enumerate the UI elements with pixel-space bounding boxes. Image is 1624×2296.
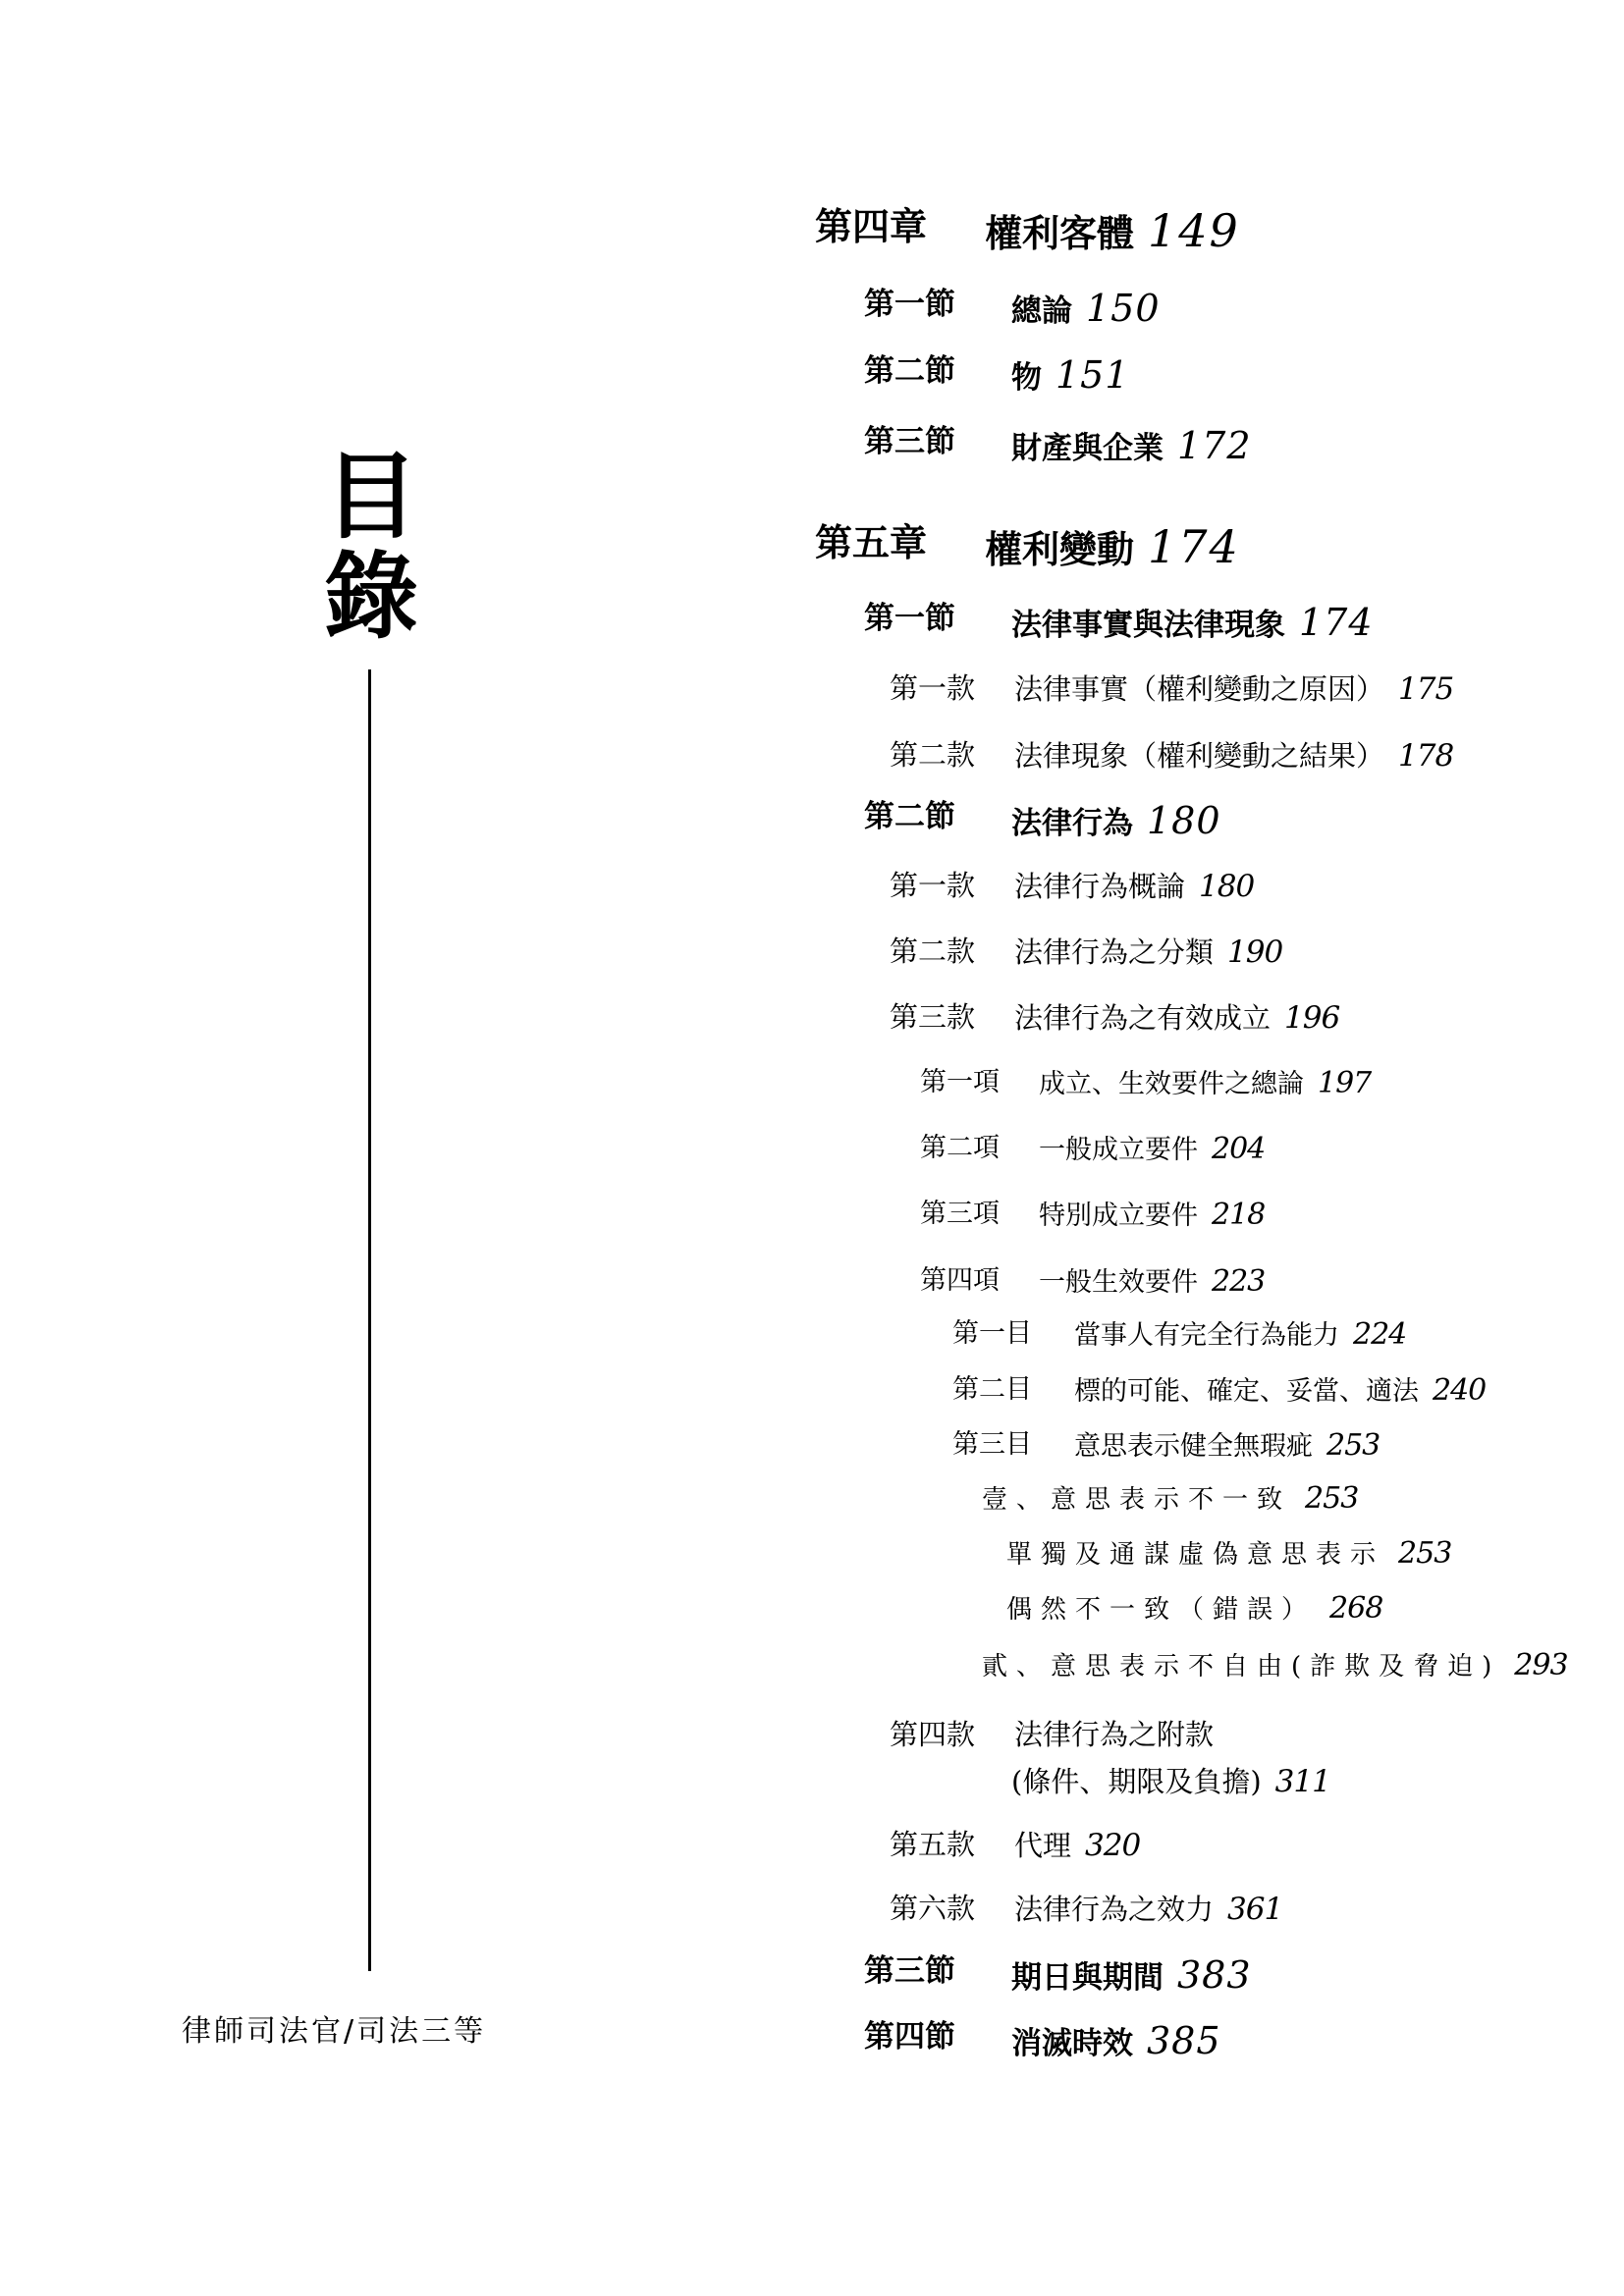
toc-entry-page-number: 180 — [1147, 799, 1221, 842]
toc-entry-page-number: 204 — [1212, 1132, 1265, 1166]
toc-entry-title: 法律行為 — [1011, 806, 1133, 841]
toc-entry-label: 成立、生效要件之總論197 — [1039, 1069, 1371, 1098]
toc-entry-label: 權利客體149 — [985, 208, 1240, 253]
toc-entry-title: 法律現象（權利變動之結果） — [1014, 739, 1384, 773]
toc-entry-number: 第二節 — [864, 356, 955, 387]
toc-entry-title: 權利變動 — [985, 528, 1134, 571]
toc-entry-label: 法律事實與法律現象174 — [1011, 604, 1374, 641]
toc-entry-label: 意思表示健全無瑕疵253 — [1074, 1431, 1380, 1461]
toc-entry-title: 特別成立要件 — [1039, 1201, 1198, 1231]
vertical-rule — [368, 669, 371, 1971]
toc-entry-page-number: 180 — [1199, 869, 1254, 904]
toc-entry-number: 第三款 — [890, 1003, 975, 1032]
toc-entry-label: 期日與期間383 — [1011, 1956, 1252, 1994]
toc-entry-page-number: 383 — [1177, 1953, 1252, 1997]
toc-entry-title: 標的可能、確定、妥當、適法 — [1074, 1376, 1419, 1407]
toc-entry-label: 權利變動174 — [985, 524, 1240, 569]
toc-entry-page-number: 253 — [1305, 1481, 1358, 1516]
toc-entry-title: 總論 — [1011, 294, 1072, 329]
toc-entry-title: 法律事實與法律現象 — [1011, 608, 1285, 643]
toc-entry-title: 當事人有完全行為能力 — [1074, 1320, 1339, 1351]
toc-entry-label: 法律事實（權利變動之原因）175 — [1014, 674, 1453, 705]
toc-entry-title: 單獨及通謀虛偽意思表示 — [1006, 1540, 1384, 1570]
book-series-footer: 律師司法官/司法三等 — [182, 2012, 486, 2052]
toc-entry-page-number: 361 — [1227, 1892, 1282, 1927]
toc-entry-number: 第四款 — [890, 1721, 975, 1749]
toc-entry-number: 第一目 — [952, 1320, 1032, 1347]
toc-entry-title: 法律行為之附款 — [1014, 1718, 1214, 1751]
toc-entry-title: (條件、期限及負擔) — [1011, 1765, 1262, 1798]
toc-entry-title: 一般成立要件 — [1039, 1135, 1198, 1165]
toc-entry-title: 成立、生效要件之總論 — [1039, 1069, 1304, 1099]
toc-entry-title: 法律事實（權利變動之原因） — [1014, 672, 1384, 706]
toc-entry-label: 法律行為概論180 — [1014, 872, 1254, 902]
toc-entry-number: 第二款 — [890, 741, 975, 770]
toc-entry-page-number: 320 — [1085, 1828, 1140, 1863]
toc-entry-number: 第四章 — [815, 208, 927, 245]
toc-entry-title: 物 — [1011, 360, 1042, 396]
toc-entry-label: 物151 — [1011, 356, 1130, 394]
toc-entry-number: 第六款 — [890, 1895, 975, 1923]
toc-entry-label: 特別成立要件218 — [1039, 1201, 1265, 1230]
toc-entry-page-number: 172 — [1177, 424, 1252, 467]
toc-entry-page-number: 150 — [1086, 287, 1161, 330]
toc-entry-page-number: 240 — [1433, 1373, 1486, 1408]
toc-entry-title: 權利客體 — [985, 212, 1134, 255]
toc-entry-label: 法律行為之效力361 — [1014, 1895, 1282, 1925]
toc-entry-number: 第二項 — [920, 1135, 1000, 1161]
toc-entry-label: 當事人有完全行為能力224 — [1074, 1320, 1406, 1350]
toc-entry-number: 第一款 — [890, 674, 975, 703]
toc-entry-number: 第四項 — [920, 1267, 1000, 1294]
toc-entry-label: 財產與企業172 — [1011, 427, 1252, 464]
toc-entry-number: 第三項 — [920, 1201, 1000, 1227]
toc-entry-page-number: 197 — [1318, 1066, 1371, 1100]
title-char-lu: 錄 — [324, 550, 418, 644]
toc-entry-title: 偶然不一致（錯誤） — [1006, 1595, 1316, 1625]
toc-entry-label: 法律行為之分類190 — [1014, 937, 1282, 968]
toc-entry-title: 法律行為之有效成立 — [1014, 1001, 1271, 1035]
toc-entry-title: 期日與期間 — [1011, 1960, 1164, 1996]
toc-entry-label: 法律行為180 — [1011, 802, 1221, 839]
toc-entry-title: 意思表示健全無瑕疵 — [1074, 1431, 1313, 1462]
toc-entry-number: 第一項 — [920, 1069, 1000, 1095]
toc-entry-page-number: 293 — [1514, 1648, 1567, 1682]
toc-entry-number: 第五章 — [815, 524, 927, 561]
toc-entry-page-number: 253 — [1326, 1428, 1380, 1463]
toc-entry-label: 標的可能、確定、妥當、適法240 — [1074, 1376, 1486, 1406]
toc-entry-label: 法律行為之有效成立196 — [1014, 1003, 1339, 1034]
toc-entry-page-number: 174 — [1299, 601, 1374, 644]
toc-entry-label: (條件、期限及負擔)311 — [1011, 1767, 1330, 1797]
toc-entry-title: 壹、意思表示不一致 — [982, 1485, 1291, 1515]
toc-entry-number: 第五款 — [890, 1831, 975, 1859]
toc-entry-label: 一般生效要件223 — [1039, 1267, 1265, 1297]
toc-entry-page-number: 223 — [1212, 1264, 1265, 1299]
toc-entry-page-number: 253 — [1398, 1536, 1451, 1571]
toc-entry-page-number: 178 — [1398, 738, 1453, 774]
toc-entry-label: 偶然不一致（錯誤）268 — [1006, 1594, 1382, 1624]
toc-entry-page-number: 196 — [1284, 1000, 1339, 1036]
toc-entry-label: 貳、意思表示不自由(詐欺及脅迫)293 — [982, 1651, 1568, 1681]
toc-entry-title: 一般生效要件 — [1039, 1267, 1198, 1298]
toc-entry-number: 第一款 — [890, 872, 975, 900]
toc-entry-label: 代理320 — [1014, 1831, 1140, 1861]
toc-entry-number: 第三節 — [864, 1956, 955, 1987]
toc-entry-page-number: 175 — [1398, 671, 1453, 707]
toc-entry-number: 第一節 — [864, 604, 955, 634]
toc-entry-page-number: 151 — [1056, 353, 1130, 397]
toc-entry-title: 法律行為之效力 — [1014, 1893, 1214, 1926]
toc-entry-title: 法律行為之分類 — [1014, 935, 1214, 969]
toc-entry-page-number: 174 — [1148, 520, 1240, 573]
toc-entry-number: 第二款 — [890, 937, 975, 966]
toc-entry-page-number: 224 — [1353, 1317, 1406, 1352]
toc-entry-page-number: 385 — [1147, 2019, 1221, 2062]
toc-entry-label: 法律行為之附款 — [1014, 1721, 1214, 1749]
toc-entry-page-number: 149 — [1148, 204, 1240, 257]
toc-entry-title: 法律行為概論 — [1014, 870, 1185, 903]
toc-entry-number: 第二目 — [952, 1376, 1032, 1403]
toc-entry-page-number: 190 — [1227, 934, 1282, 970]
toc-entry-label: 消滅時效385 — [1011, 2022, 1221, 2059]
toc-entry-title: 財產與企業 — [1011, 431, 1164, 466]
title-char-mu: 目 — [324, 450, 418, 544]
toc-entry-label: 單獨及通謀虛偽意思表示253 — [1006, 1539, 1451, 1569]
toc-entry-label: 法律現象（權利變動之結果）178 — [1014, 741, 1453, 772]
toc-entry-label: 總論150 — [1011, 290, 1161, 327]
toc-entry-number: 第一節 — [864, 290, 955, 320]
toc-entry-page-number: 311 — [1275, 1764, 1330, 1799]
toc-entry-number: 第二節 — [864, 802, 955, 832]
toc-entry-title: 消滅時效 — [1011, 2026, 1133, 2061]
toc-entry-page-number: 218 — [1212, 1198, 1265, 1232]
toc-entry-title: 貳、意思表示不自由(詐欺及脅迫) — [982, 1652, 1500, 1682]
toc-entry-title: 代理 — [1014, 1829, 1071, 1862]
toc-entry-page-number: 268 — [1329, 1591, 1382, 1626]
toc-entry-number: 第三節 — [864, 427, 955, 457]
toc-entry-label: 壹、意思表示不一致253 — [982, 1484, 1358, 1514]
toc-entry-number: 第三目 — [952, 1431, 1032, 1458]
toc-entry-number: 第四節 — [864, 2022, 955, 2053]
toc-entry-label: 一般成立要件204 — [1039, 1135, 1265, 1164]
